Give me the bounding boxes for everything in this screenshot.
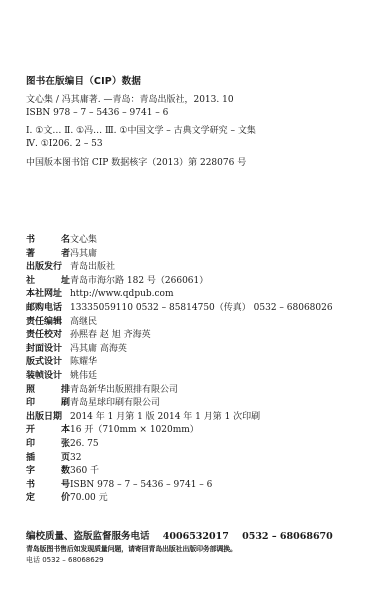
footer-block: 编校质量、盗版监督服务电话 4006532017 0532 – 68068670… [26, 530, 371, 566]
info-row: 封面设计冯其庸 高海英 [26, 343, 366, 357]
info-row: 开本16 开（710mm × 1020mm） [26, 424, 366, 438]
after-sales-phone: 电话 0532 – 68068629 [26, 555, 371, 566]
info-label: 开本 [26, 424, 70, 438]
hotline-number-1: 4006532017 [163, 531, 229, 542]
info-value: 冯其庸 高海英 [70, 343, 127, 357]
info-label: 照排 [26, 384, 70, 398]
info-value: 文心集 [70, 234, 97, 248]
cip-subject-line: Ⅰ. ①文… Ⅱ. ①冯… Ⅲ. ①中国文学 – 古典文学研究 – 文集 [26, 125, 366, 138]
info-value: 孙熙春 赵 旭 齐海英 [70, 329, 151, 343]
info-row: 装帧设计姚伟廷 [26, 370, 366, 384]
info-label: 字数 [26, 465, 70, 479]
info-row: 本社网址http://www.qdpub.com [26, 288, 366, 302]
info-row: 印张26. 75 [26, 438, 366, 452]
info-row: 印刷青岛星球印刷有限公司 [26, 397, 366, 411]
info-label: 出版日期 [26, 411, 70, 425]
info-label: 封面设计 [26, 343, 70, 357]
info-value: 姚伟廷 [70, 370, 97, 384]
info-label: 出版发行 [26, 261, 70, 275]
info-label: 插页 [26, 452, 70, 466]
info-row: 照排青岛新华出版照排有限公司 [26, 384, 366, 398]
info-row: 著者冯其庸 [26, 248, 366, 262]
cip-isbn-line: ISBN 978 – 7 – 5436 – 9741 – 6 [26, 107, 366, 120]
info-value: 26. 75 [70, 438, 99, 452]
after-sales-note: 青岛版图书售后如发现质量问题，请寄回青岛出版社出版印务部调换。 [26, 543, 371, 555]
info-label: 定价 [26, 492, 70, 506]
info-label: 社址 [26, 275, 70, 289]
info-label: 责任校对 [26, 329, 70, 343]
cip-data-block: 图书在版编目（CIP）数据 文心集 / 冯其庸著. —青岛：青岛出版社，2013… [26, 76, 366, 170]
info-value: 冯其庸 [70, 248, 97, 262]
info-value: 青岛出版社 [70, 261, 115, 275]
info-value: 70.00 元 [70, 492, 108, 506]
info-label: 邮购电话 [26, 302, 70, 316]
publication-info-table: 书名文心集著者冯其庸出版发行青岛出版社社址青岛市海尔路 182 号（266061… [26, 234, 366, 506]
info-label: 著者 [26, 248, 70, 262]
info-label: 印刷 [26, 397, 70, 411]
info-label: 书号 [26, 479, 70, 493]
info-label: 责任编辑 [26, 316, 70, 330]
info-row: 定价70.00 元 [26, 492, 366, 506]
info-value: 32 [70, 452, 81, 466]
cip-title: 图书在版编目（CIP）数据 [26, 76, 366, 88]
info-row: 责任编辑高继民 [26, 316, 366, 330]
info-label: 版式设计 [26, 356, 70, 370]
info-row: 书号ISBN 978 – 7 – 5436 – 9741 – 6 [26, 479, 366, 493]
info-value: 青岛新华出版照排有限公司 [70, 384, 178, 398]
copyright-page: 图书在版编目（CIP）数据 文心集 / 冯其庸著. —青岛：青岛出版社，2013… [0, 0, 375, 612]
info-value: 高继民 [70, 316, 97, 330]
info-value: ISBN 978 – 7 – 5436 – 9741 – 6 [70, 479, 212, 493]
info-row: 字数360 千 [26, 465, 366, 479]
info-value: 陈耀华 [70, 356, 97, 370]
cip-title-author-line: 文心集 / 冯其庸著. —青岛：青岛出版社，2013. 10 [26, 94, 366, 107]
info-label: 印张 [26, 438, 70, 452]
quality-hotline: 编校质量、盗版监督服务电话 4006532017 0532 – 68068670 [26, 530, 371, 543]
info-value: 13335059110 0532 – 85814750（传真） 0532 – 6… [70, 302, 333, 316]
info-value: 青岛市海尔路 182 号（266061） [70, 275, 208, 289]
info-label: 书名 [26, 234, 70, 248]
cip-verification-number: 中国版本图书馆 CIP 数据核字（2013）第 228076 号 [26, 157, 366, 170]
info-row: 出版发行青岛出版社 [26, 261, 366, 275]
info-row: 社址青岛市海尔路 182 号（266061） [26, 275, 366, 289]
info-row: 版式设计陈耀华 [26, 356, 366, 370]
info-value: 青岛星球印刷有限公司 [70, 397, 160, 411]
info-value: http://www.qdpub.com [70, 288, 174, 302]
info-label: 本社网址 [26, 288, 70, 302]
hotline-number-2: 0532 – 68068670 [242, 531, 333, 542]
hotline-label: 编校质量、盗版监督服务电话 [26, 531, 150, 542]
info-row: 出版日期2014 年 1 月第 1 版 2014 年 1 月第 1 次印刷 [26, 411, 366, 425]
info-value: 16 开（710mm × 1020mm） [70, 424, 199, 438]
info-value: 2014 年 1 月第 1 版 2014 年 1 月第 1 次印刷 [70, 411, 260, 425]
cip-classification-line: Ⅳ. ①I206. 2 – 53 [26, 138, 366, 151]
info-value: 360 千 [70, 465, 99, 479]
info-row: 书名文心集 [26, 234, 366, 248]
info-label: 装帧设计 [26, 370, 70, 384]
info-row: 插页32 [26, 452, 366, 466]
info-row: 责任校对孙熙春 赵 旭 齐海英 [26, 329, 366, 343]
info-row: 邮购电话13335059110 0532 – 85814750（传真） 0532… [26, 302, 366, 316]
